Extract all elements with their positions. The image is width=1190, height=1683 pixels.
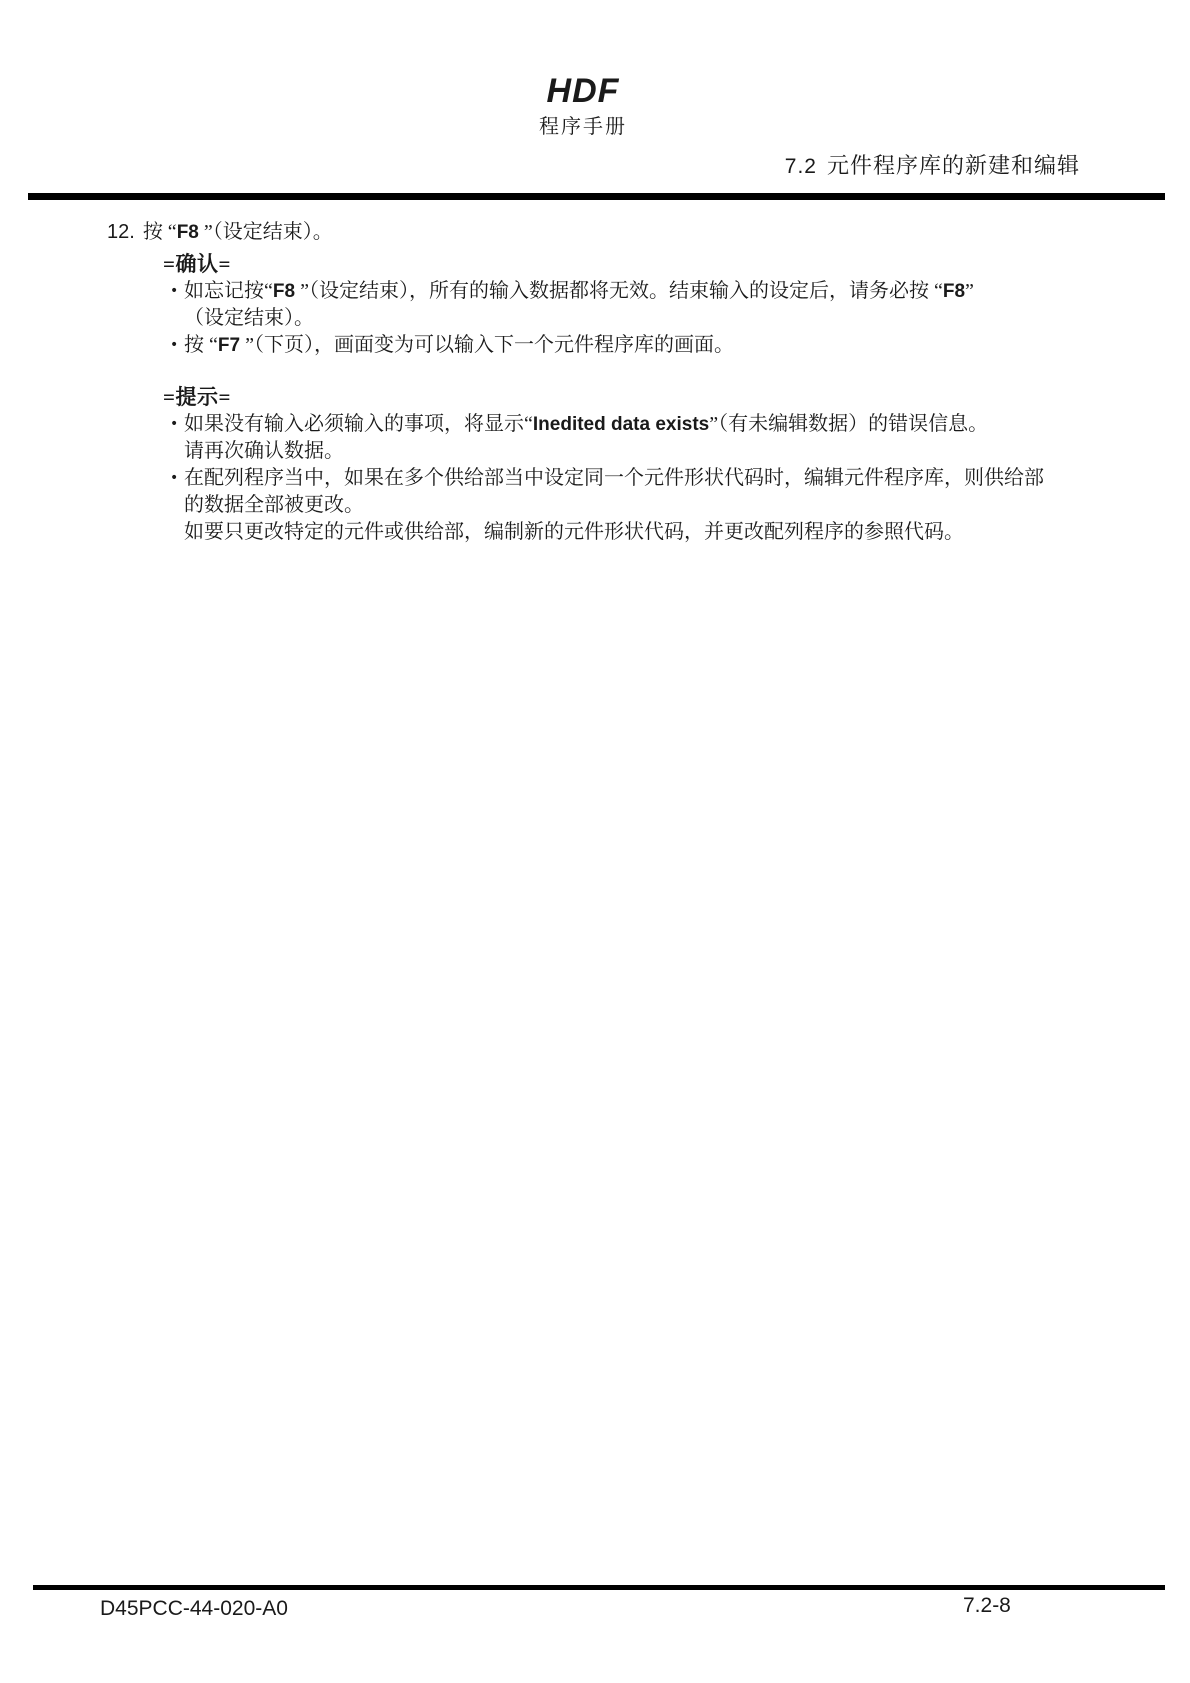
confirm-heading: =确认= bbox=[163, 251, 1090, 278]
text-line: 按 “F8 ”（设定结束）。 bbox=[143, 219, 1130, 246]
tips-list: •如果没有输入必须输入的事项，将显示“Inedited data exists”… bbox=[163, 411, 1090, 546]
bullet-text: 在配列程序当中，如果在多个供给部当中设定同一个元件形状代码时，编辑元件程序库，则… bbox=[184, 465, 1090, 546]
text-line: 在配列程序当中，如果在多个供给部当中设定同一个元件形状代码时，编辑元件程序库，则… bbox=[184, 465, 1090, 492]
tips-section: =提示= •如果没有输入必须输入的事项，将显示“Inedited data ex… bbox=[163, 384, 1090, 546]
manual-page: HDF 程序手册 7.2元件程序库的新建和编辑 12. 按 “F8 ”（设定结束… bbox=[0, 0, 1190, 1683]
bullet-text: 如忘记按“F8 ”（设定结束），所有的输入数据都将无效。结束输入的设定后，请务必… bbox=[184, 278, 1090, 332]
bullet-item: •在配列程序当中，如果在多个供给部当中设定同一个元件形状代码时，编辑元件程序库，… bbox=[163, 465, 1090, 546]
document-number: D45PCC-44-020-A0 bbox=[100, 1597, 288, 1621]
bullet-item: •如果没有输入必须输入的事项，将显示“Inedited data exists”… bbox=[163, 411, 1090, 465]
bullet-dot-icon: • bbox=[170, 411, 184, 438]
confirm-section: =确认= •如忘记按“F8 ”（设定结束），所有的输入数据都将无效。结束输入的设… bbox=[163, 251, 1090, 359]
bullet-text: 如果没有输入必须输入的事项，将显示“Inedited data exists”（… bbox=[184, 411, 1090, 465]
brand-logo: HDF bbox=[0, 72, 1166, 111]
bullet-dot-icon: • bbox=[170, 465, 184, 492]
bullet-dot-icon: • bbox=[170, 332, 184, 359]
tips-heading: =提示= bbox=[163, 384, 1090, 411]
text-line: 如要只更改特定的元件或供给部，编制新的元件形状代码，并更改配列程序的参照代码。 bbox=[184, 519, 1090, 546]
text-line: 如忘记按“F8 ”（设定结束），所有的输入数据都将无效。结束输入的设定后，请务必… bbox=[184, 278, 1090, 305]
section-title: 7.2元件程序库的新建和编辑 bbox=[785, 149, 1080, 180]
page-number: 7.2-8 bbox=[963, 1594, 1011, 1618]
bullet-item: •按 “F7 ”（下页），画面变为可以输入下一个元件程序库的画面。 bbox=[163, 332, 1090, 359]
header-rule bbox=[28, 193, 1165, 200]
step-number: 12. bbox=[107, 219, 135, 246]
text-line: （设定结束）。 bbox=[184, 305, 1090, 332]
step-item: 12. 按 “F8 ”（设定结束）。 bbox=[107, 219, 1130, 246]
confirm-list: •如忘记按“F8 ”（设定结束），所有的输入数据都将无效。结束输入的设定后，请务… bbox=[163, 278, 1090, 359]
footer-rule bbox=[33, 1585, 1165, 1590]
text-line: 请再次确认数据。 bbox=[184, 438, 1090, 465]
section-number: 7.2 bbox=[785, 155, 817, 178]
bullet-item: •如忘记按“F8 ”（设定结束），所有的输入数据都将无效。结束输入的设定后，请务… bbox=[163, 278, 1090, 332]
section-name: 元件程序库的新建和编辑 bbox=[827, 153, 1080, 178]
bullet-text: 按 “F7 ”（下页），画面变为可以输入下一个元件程序库的画面。 bbox=[184, 332, 1090, 359]
bullet-dot-icon: • bbox=[170, 278, 184, 305]
text-line: 按 “F7 ”（下页），画面变为可以输入下一个元件程序库的画面。 bbox=[184, 332, 1090, 359]
text-line: 如果没有输入必须输入的事项，将显示“Inedited data exists”（… bbox=[184, 411, 1090, 438]
text-line: 的数据全部被更改。 bbox=[184, 492, 1090, 519]
manual-subtitle: 程序手册 bbox=[0, 110, 1166, 139]
step-text: 按 “F8 ”（设定结束）。 bbox=[143, 219, 1130, 246]
